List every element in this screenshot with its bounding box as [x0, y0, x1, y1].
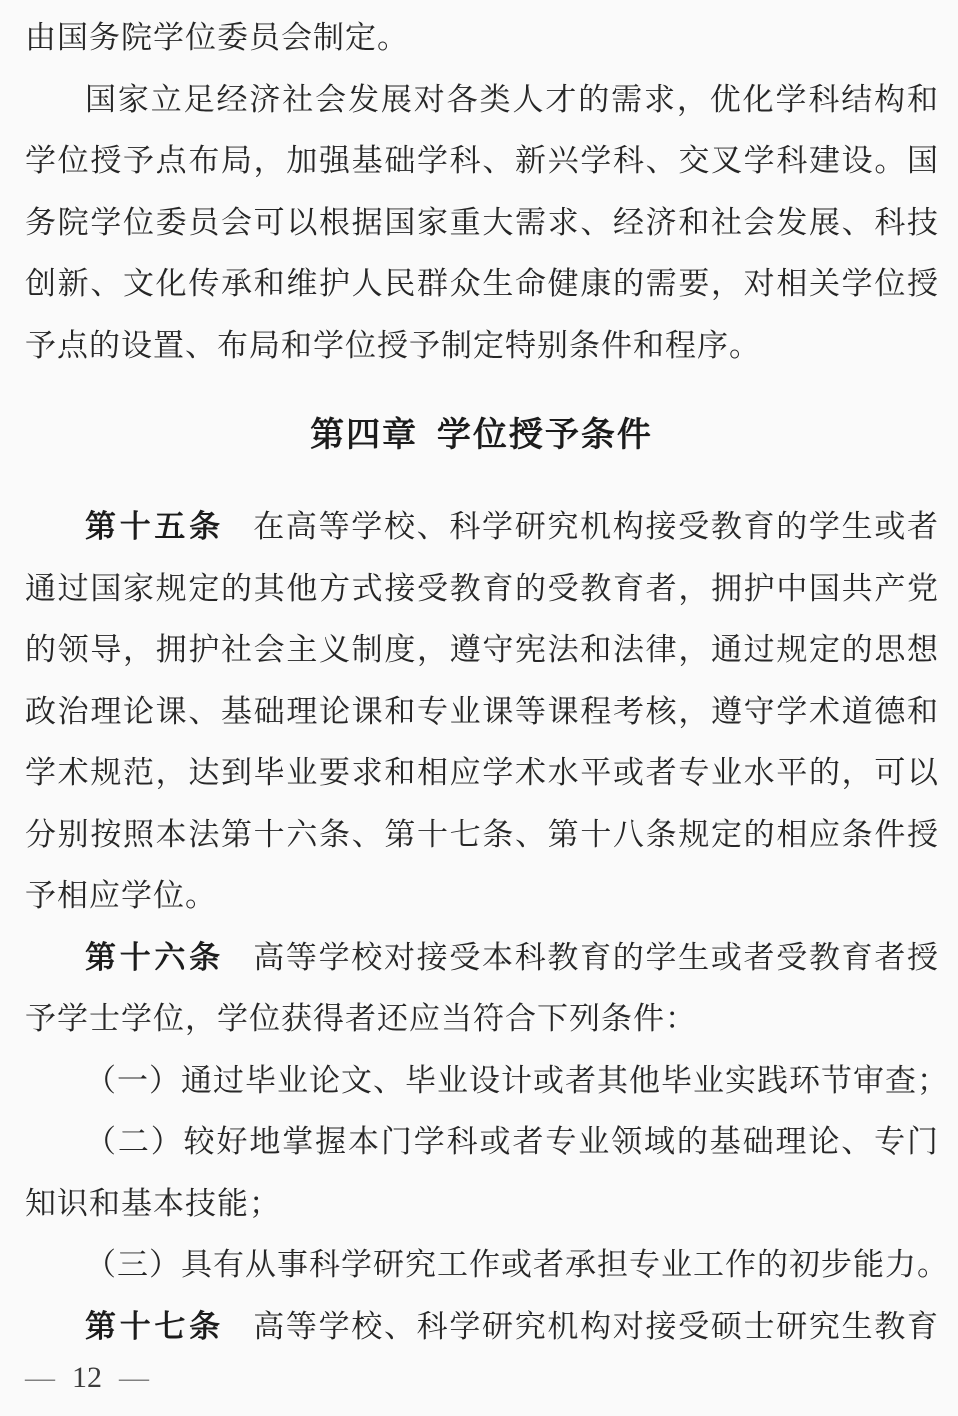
body-line: 创新、文化传承和维护人民群众生命健康的需要，对相关学位授	[25, 253, 938, 315]
page-number: 12	[72, 1361, 102, 1394]
chapter-heading: 第四章学位授予条件	[25, 376, 938, 496]
page-footer: —12—	[25, 1358, 149, 1398]
body-line: 政治理论课、基础理论课和专业课等课程考核，遵守学术道德和	[25, 681, 938, 743]
body-line: 分别按照本法第十六条、第十七条、第十八条规定的相应条件授	[25, 804, 938, 866]
body-line: 由国务院学位委员会制定。	[25, 7, 938, 69]
list-item-line: （三）具有从事科学研究工作或者承担专业工作的初步能力。	[25, 1234, 938, 1296]
body-line: 学术规范，达到毕业要求和相应学术水平或者专业水平的，可以	[25, 742, 938, 804]
body-line: 的领导，拥护社会主义制度，遵守宪法和法律，通过规定的思想	[25, 619, 938, 681]
list-item-line: （一）通过毕业论文、毕业设计或者其他毕业实践环节审查；	[25, 1050, 938, 1112]
chapter-number: 第四章	[310, 417, 418, 454]
footer-dash-right: —	[119, 1361, 149, 1394]
body-line: 国家立足经济社会发展对各类人才的需求，优化学科结构和	[25, 69, 938, 131]
body-line: 务院学位委员会可以根据国家重大需求、经济和社会发展、科技	[25, 192, 938, 254]
article-number: 第十五条	[85, 509, 224, 544]
body-line: 予相应学位。	[25, 865, 938, 927]
chapter-title: 学位授予条件	[437, 417, 653, 454]
article-text: 在高等学校、科学研究机构接受教育的学生或者	[253, 509, 938, 544]
body-line: 予点的设置、布局和学位授予制定特别条件和程序。	[25, 315, 938, 377]
body-line: 通过国家规定的其他方式接受教育的受教育者，拥护中国共产党	[25, 558, 938, 620]
body-line: 第十七条高等学校、科学研究机构对接受硕士研究生教育	[25, 1296, 938, 1358]
body-line: 第十五条在高等学校、科学研究机构接受教育的学生或者	[25, 496, 938, 558]
body-line: 学位授予点布局，加强基础学科、新兴学科、交叉学科建设。国	[25, 130, 938, 192]
article-text: 高等学校对接受本科教育的学生或者受教育者授	[253, 940, 938, 975]
article-number: 第十六条	[85, 940, 224, 975]
list-item-line: （二）较好地掌握本门学科或者专业领域的基础理论、专门	[25, 1111, 938, 1173]
footer-dash-left: —	[25, 1361, 55, 1394]
document-page: 由国务院学位委员会制定。 国家立足经济社会发展对各类人才的需求，优化学科结构和 …	[0, 0, 958, 1416]
body-line: 予学士学位，学位获得者还应当符合下列条件：	[25, 988, 938, 1050]
article-text: 高等学校、科学研究机构对接受硕士研究生教育	[253, 1309, 938, 1344]
article-number: 第十七条	[85, 1309, 224, 1344]
body-line: 第十六条高等学校对接受本科教育的学生或者受教育者授	[25, 927, 938, 989]
body-line: 知识和基本技能；	[25, 1173, 938, 1235]
document-body: 由国务院学位委员会制定。 国家立足经济社会发展对各类人才的需求，优化学科结构和 …	[25, 7, 938, 1357]
